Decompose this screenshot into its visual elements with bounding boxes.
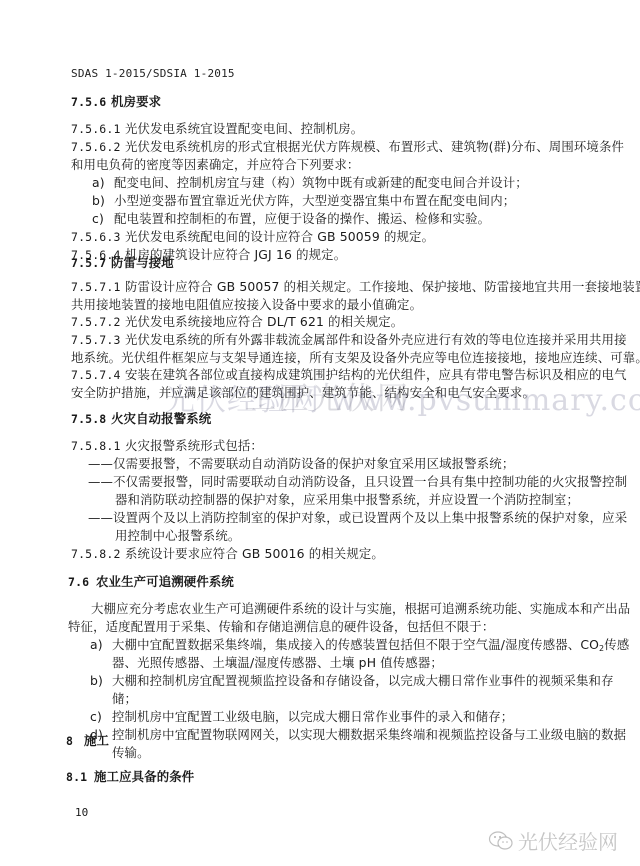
section-number: 7.5.8 — [71, 411, 111, 429]
dash-item-1: ——仅需要报警，不需要联动自动消防设备的保护对象宜采用区域报警系统； — [88, 455, 594, 473]
clause-text: 光伏发电系统配电间的设计应符合 GB 50059 的规定。 — [125, 229, 434, 244]
clause-7-5-6-1: 7.5.6.1光伏发电系统宜设置配变电间、控制机房。 — [71, 120, 577, 139]
list-item-a: a)配变电间、控制机房宜与建（构）筑物中既有或新建的配变电间合并设计； — [92, 174, 598, 192]
page-number: 10 — [75, 806, 88, 819]
clause-7-5-7-1-cont: 共用接地装置的接地电阻值应按接入设备中要求的最小值确定。 — [71, 296, 577, 314]
clause-7-5-6-2: 7.5.6.2光伏发电系统机房的形式宜根据光伏方阵规模、布置形式、建筑物(群)分… — [71, 138, 577, 157]
item-label: c) — [92, 210, 114, 228]
list-item-c: c)配电装置和控制柜的布置，应便于设备的操作、搬运、检修和实验。 — [92, 210, 598, 228]
clause-text: 光伏发电系统宜设置配变电间、控制机房。 — [125, 121, 363, 136]
chapter-title: 施工 — [84, 733, 109, 748]
clause-number: 7.5.6.2 — [71, 139, 125, 157]
clause-number: 7.5.7.4 — [71, 367, 125, 385]
clause-text: 防雷设计应符合 GB 50057 的相关规定。工作接地、保护接地、防雷接地宜共用… — [125, 279, 640, 294]
list-item-a-cont: 器、光照传感器、土壤温/湿度传感器、土壤 pH 值传感器； — [112, 654, 618, 672]
section-heading-7-6: 7.6农业生产可追溯硬件系统 — [68, 573, 574, 592]
wechat-icon — [488, 830, 514, 852]
clause-7-5-7-3: 7.5.7.3光伏发电系统的所有外露非载流金属部件和设备外壳应进行有效的等电位连… — [71, 331, 577, 350]
watermark-corner: 光伏经验网 — [488, 826, 618, 855]
item-label: a) — [90, 636, 112, 654]
document-header: SDAS 1-2015/SDSIA 1-2015 — [71, 65, 577, 83]
section-number: 8.1 — [66, 769, 94, 787]
item-label: b) — [92, 192, 114, 210]
clause-text: 系统设计要求应符合 GB 50016 的相关规定。 — [125, 546, 384, 561]
section-heading-7-5-6: 7.5.6机房要求 — [71, 93, 577, 112]
dash-item-2-cont: 器和消防联动控制器的保护对象，应采用集中报警系统，并应设置一个消防控制室； — [115, 491, 621, 509]
section-number: 7.5.6 — [71, 94, 111, 112]
item-text: 控制机房中宜配置工业级电脑，以完成大棚日常作业事件的录入和储存； — [112, 709, 513, 724]
clause-text: 光伏发电系统的所有外露非载流金属部件和设备外壳应进行有效的等电位连接并采用共用接 — [125, 332, 627, 347]
watermark-center-name: 工匠光伏网 — [245, 373, 410, 418]
item-label: a) — [92, 174, 114, 192]
list-item-b-cont: 储； — [112, 690, 618, 708]
paragraph-line-2: 特征，适度配置用于采集、传输和存储追溯信息的硬件设备，包括但不限于： — [68, 618, 574, 636]
clause-number: 7.5.6.1 — [71, 121, 125, 139]
section-heading-7-5-7: 7.5.7防雷与接地 — [71, 254, 577, 273]
clause-number: 7.5.8.1 — [71, 438, 125, 456]
item-label: b) — [90, 672, 112, 690]
clause-number: 7.5.7.1 — [71, 279, 125, 297]
item-label: c) — [90, 708, 112, 726]
clause-7-5-6-2-cont: 和用电负荷的密度等因素确定，并应符合下列要求： — [71, 156, 577, 174]
chapter-number: 8 — [66, 733, 84, 751]
clause-7-5-7-2: 7.5.7.2光伏发电系统接地应符合 DL/T 621 的相关规定。 — [71, 313, 577, 332]
clause-7-5-6-3: 7.5.6.3光伏发电系统配电间的设计应符合 GB 50059 的规定。 — [71, 228, 577, 247]
section-title: 施工应具备的条件 — [94, 769, 194, 784]
dash-item-2: ——不仅需要报警，同时需要联动自动消防设备，且只设置一台具有集中控制功能的火灾报… — [88, 473, 594, 491]
watermark-corner-text: 光伏经验网 — [518, 826, 618, 855]
clause-7-5-7-1: 7.5.7.1防雷设计应符合 GB 50057 的相关规定。工作接地、保护接地、… — [71, 278, 577, 297]
section-title: 农业生产可追溯硬件系统 — [96, 574, 234, 589]
chapter-heading: 8施工 — [66, 732, 572, 751]
dash-item-3: ——设置两个及以上消防控制室的保护对象，或已设置两个及以上集中报警系统的保护对象… — [88, 509, 594, 527]
list-item-c: c)控制机房中宜配置工业级电脑，以完成大棚日常作业事件的录入和储存； — [90, 708, 596, 726]
clause-text: 光伏发电系统接地应符合 DL/T 621 的相关规定。 — [125, 314, 403, 329]
dash-item-3-cont: 用控制中心报警系统。 — [115, 527, 621, 545]
section-title: 机房要求 — [111, 94, 161, 109]
clause-7-5-8-2: 7.5.8.2系统设计要求应符合 GB 50016 的相关规定。 — [71, 545, 577, 564]
item-text: 大棚和控制机房宜配置视频监控设备和存储设备，以完成大棚日常作业事件的视频采集和存 — [112, 673, 614, 688]
list-item-b: b)小型逆变器布置宜靠近光伏方阵，大型逆变器宜集中布置在配变电间内； — [92, 192, 598, 210]
section-number: 7.5.7 — [71, 255, 111, 273]
item-text: 小型逆变器布置宜靠近光伏方阵，大型逆变器宜集中布置在配变电间内； — [114, 193, 515, 208]
document-page: SDAS 1-2015/SDSIA 1-2015 7.5.6机房要求 7.5.6… — [0, 0, 640, 866]
section-number: 7.6 — [68, 574, 96, 592]
clause-text: 光伏发电系统机房的形式宜根据光伏方阵规模、布置形式、建筑物(群)分布、周围环境条… — [125, 139, 624, 154]
section-title: 防雷与接地 — [111, 255, 174, 270]
section-heading-8-1: 8.1施工应具备的条件 — [66, 768, 572, 787]
paragraph-line-1: 大棚应充分考虑农业生产可追溯硬件系统的设计与实施，根据可追溯系统功能、实施成本和… — [91, 600, 597, 618]
item-text: 传感 — [604, 637, 629, 652]
item-text: 配电装置和控制柜的布置，应便于设备的操作、搬运、检修和实验。 — [114, 211, 490, 226]
list-item-b: b)大棚和控制机房宜配置视频监控设备和存储设备，以完成大棚日常作业事件的视频采集… — [90, 672, 596, 690]
clause-7-5-7-3-cont: 地系统。光伏组件框架应与支架导通连接，所有支架及设备外壳应等电位连接接地，接地应… — [71, 349, 577, 367]
clause-7-5-8-1: 7.5.8.1火灾报警系统形式包括： — [71, 437, 577, 456]
clause-number: 7.5.7.3 — [71, 332, 125, 350]
item-text: 大棚中宜配置数据采集终端，集成接入的传感装置包括但不限于空气温/湿度传感器、CO — [112, 637, 599, 652]
item-text: 配变电间、控制机房宜与建（构）筑物中既有或新建的配变电间合并设计； — [114, 175, 528, 190]
clause-number: 7.5.6.3 — [71, 229, 125, 247]
clause-text: 火灾报警系统形式包括： — [125, 438, 263, 453]
clause-number: 7.5.8.2 — [71, 546, 125, 564]
clause-number: 7.5.7.2 — [71, 314, 125, 332]
